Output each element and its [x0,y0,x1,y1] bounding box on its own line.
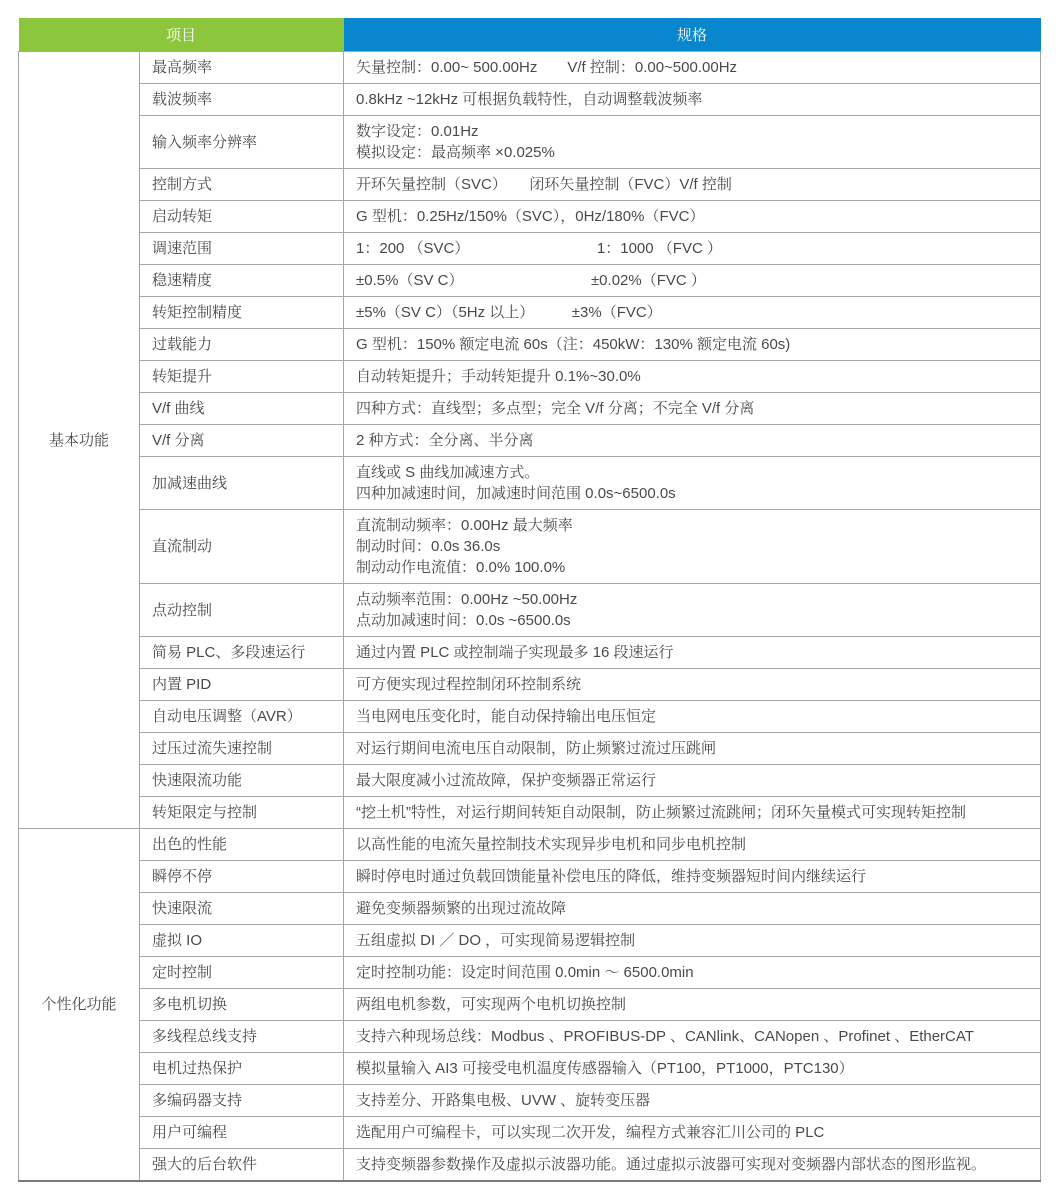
table-row: 稳速精度±0.5%（SV C） ±0.02%（FVC ） [19,265,1041,297]
spec-cell: 最大限度减小过流故障，保护变频器正常运行 [344,765,1041,797]
table-row: 转矩控制精度±5%（SV C）（5Hz 以上） ±3%（FVC） [19,297,1041,329]
item-cell: V/f 分离 [140,425,344,457]
spec-line: 选配用户可编程卡，可以实现二次开发，编程方式兼容汇川公司的 PLC [356,1122,1028,1143]
spec-cell: ±5%（SV C）（5Hz 以上） ±3%（FVC） [344,297,1041,329]
table-row: 控制方式开环矢量控制（SVC） 闭环矢量控制（FVC）V/f 控制 [19,169,1041,201]
spec-cell: 当电网电压变化时，能自动保持输出电压恒定 [344,701,1041,733]
column-header-item: 项目 [19,18,344,52]
spec-cell: 自动转矩提升；手动转矩提升 0.1%~30.0% [344,361,1041,393]
table-row: V/f 分离2 种方式：全分离、半分离 [19,425,1041,457]
spec-cell: 以高性能的电流矢量控制技术实现异步电机和同步电机控制 [344,829,1041,861]
item-cell: 强大的后台软件 [140,1149,344,1182]
item-cell: 瞬停不停 [140,861,344,893]
spec-line: 自动转矩提升；手动转矩提升 0.1%~30.0% [356,366,1028,387]
item-cell: 快速限流 [140,893,344,925]
spec-cell: 选配用户可编程卡，可以实现二次开发，编程方式兼容汇川公司的 PLC [344,1117,1041,1149]
spec-cell: 1：200 （SVC） 1：1000 （FVC ） [344,233,1041,265]
spec-line: 模拟量输入 AI3 可接受电机温度传感器输入（PT100，PT1000，PTC1… [356,1058,1028,1079]
spec-line: 0.8kHz ~12kHz 可根据负载特性，自动调整载波频率 [356,89,1028,110]
table-row: 快速限流避免变频器频繁的出现过流故障 [19,893,1041,925]
table-row: 启动转矩G 型机：0.25Hz/150%（SVC），0Hz/180%（FVC） [19,201,1041,233]
table-row: 过压过流失速控制对运行期间电流电压自动限制，防止频繁过流过压跳闸 [19,733,1041,765]
table-row: 调速范围1：200 （SVC） 1：1000 （FVC ） [19,233,1041,265]
spec-line: 对运行期间电流电压自动限制，防止频繁过流过压跳闸 [356,738,1028,759]
spec-cell: 支持差分、开路集电极、UVW 、旋转变压器 [344,1085,1041,1117]
table-row: 基本功能最高频率矢量控制：0.00~ 500.00Hz V/f 控制：0.00~… [19,52,1041,84]
item-cell: 点动控制 [140,584,344,637]
spec-cell: G 型机：0.25Hz/150%（SVC），0Hz/180%（FVC） [344,201,1041,233]
group-cell: 基本功能 [19,52,140,829]
item-cell: 虚拟 IO [140,925,344,957]
spec-cell: 数字设定：0.01Hz模拟设定：最高频率 ×0.025% [344,116,1041,169]
item-cell: 稳速精度 [140,265,344,297]
spec-line: 四种方式：直线型；多点型；完全 V/f 分离；不完全 V/f 分离 [356,398,1028,419]
spec-cell: 0.8kHz ~12kHz 可根据负载特性，自动调整载波频率 [344,84,1041,116]
spec-cell: 瞬时停电时通过负载回馈能量补偿电压的降低，维持变频器短时间内继续运行 [344,861,1041,893]
spec-cell: 五组虚拟 DI ／ DO ，可实现简易逻辑控制 [344,925,1041,957]
spec-line: 定时控制功能：设定时间范围 0.0min ～ 6500.0min [356,962,1028,983]
spec-line: 制动动作电流值：0.0% 100.0% [356,557,1028,578]
item-cell: 直流制动 [140,510,344,584]
spec-cell: 避免变频器频繁的出现过流故障 [344,893,1041,925]
spec-line: “挖土机”特性，对运行期间转矩自动限制，防止频繁过流跳闸；闭环矢量模式可实现转矩… [356,802,1028,823]
spec-cell: 模拟量输入 AI3 可接受电机温度传感器输入（PT100，PT1000，PTC1… [344,1053,1041,1085]
item-cell: 简易 PLC、多段速运行 [140,637,344,669]
spec-line: 当电网电压变化时，能自动保持输出电压恒定 [356,706,1028,727]
table-row: 个性化功能出色的性能以高性能的电流矢量控制技术实现异步电机和同步电机控制 [19,829,1041,861]
spec-line: 最大限度减小过流故障，保护变频器正常运行 [356,770,1028,791]
table-row: 用户可编程选配用户可编程卡，可以实现二次开发，编程方式兼容汇川公司的 PLC [19,1117,1041,1149]
spec-cell: 支持六种现场总线：Modbus 、PROFIBUS-DP 、CANlink、CA… [344,1021,1041,1053]
spec-line: 开环矢量控制（SVC） 闭环矢量控制（FVC）V/f 控制 [356,174,1028,195]
table-row: 瞬停不停瞬时停电时通过负载回馈能量补偿电压的降低，维持变频器短时间内继续运行 [19,861,1041,893]
table-row: 直流制动直流制动频率：0.00Hz 最大频率制动时间：0.0s 36.0s制动动… [19,510,1041,584]
spec-cell: 点动频率范围：0.00Hz ~50.00Hz点动加减速时间：0.0s ~6500… [344,584,1041,637]
item-cell: 内置 PID [140,669,344,701]
spec-table-header: 项目 规格 [19,18,1041,52]
table-row: 定时控制定时控制功能：设定时间范围 0.0min ～ 6500.0min [19,957,1041,989]
spec-cell: 2 种方式：全分离、半分离 [344,425,1041,457]
table-row: 内置 PID可方便实现过程控制闭环控制系统 [19,669,1041,701]
item-cell: 定时控制 [140,957,344,989]
spec-cell: 通过内置 PLC 或控制端子实现最多 16 段速运行 [344,637,1041,669]
spec-line: 直线或 S 曲线加减速方式。 [356,462,1028,483]
item-cell: 启动转矩 [140,201,344,233]
spec-line: 以高性能的电流矢量控制技术实现异步电机和同步电机控制 [356,834,1028,855]
table-row: 载波频率0.8kHz ~12kHz 可根据负载特性，自动调整载波频率 [19,84,1041,116]
item-cell: 最高频率 [140,52,344,84]
table-row: 转矩限定与控制“挖土机”特性，对运行期间转矩自动限制，防止频繁过流跳闸；闭环矢量… [19,797,1041,829]
table-row: 电机过热保护模拟量输入 AI3 可接受电机温度传感器输入（PT100，PT100… [19,1053,1041,1085]
spec-line: 矢量控制：0.00~ 500.00Hz V/f 控制：0.00~500.00Hz [356,57,1028,78]
item-cell: 过载能力 [140,329,344,361]
item-cell: 快速限流功能 [140,765,344,797]
spec-cell: 对运行期间电流电压自动限制，防止频繁过流过压跳闸 [344,733,1041,765]
item-cell: 电机过热保护 [140,1053,344,1085]
spec-line: 2 种方式：全分离、半分离 [356,430,1028,451]
spec-cell: 直流制动频率：0.00Hz 最大频率制动时间：0.0s 36.0s制动动作电流值… [344,510,1041,584]
spec-cell: 四种方式：直线型；多点型；完全 V/f 分离；不完全 V/f 分离 [344,393,1041,425]
item-cell: 控制方式 [140,169,344,201]
column-header-spec: 规格 [344,18,1041,52]
item-cell: 加减速曲线 [140,457,344,510]
table-row: 多编码器支持支持差分、开路集电极、UVW 、旋转变压器 [19,1085,1041,1117]
spec-line: 五组虚拟 DI ／ DO ，可实现简易逻辑控制 [356,930,1028,951]
table-row: 过载能力G 型机：150% 额定电流 60s（注：450kW：130% 额定电流… [19,329,1041,361]
item-cell: 转矩限定与控制 [140,797,344,829]
item-cell: 过压过流失速控制 [140,733,344,765]
spec-cell: ±0.5%（SV C） ±0.02%（FVC ） [344,265,1041,297]
spec-line: 通过内置 PLC 或控制端子实现最多 16 段速运行 [356,642,1028,663]
spec-line: 两组电机参数，可实现两个电机切换控制 [356,994,1028,1015]
spec-line: 制动时间：0.0s 36.0s [356,536,1028,557]
table-row: 多电机切换两组电机参数，可实现两个电机切换控制 [19,989,1041,1021]
table-row: 简易 PLC、多段速运行通过内置 PLC 或控制端子实现最多 16 段速运行 [19,637,1041,669]
item-cell: 出色的性能 [140,829,344,861]
table-row: 多线程总线支持支持六种现场总线：Modbus 、PROFIBUS-DP 、CAN… [19,1021,1041,1053]
spec-line: ±5%（SV C）（5Hz 以上） ±3%（FVC） [356,302,1028,323]
item-cell: 自动电压调整（AVR） [140,701,344,733]
spec-line: 点动加减速时间：0.0s ~6500.0s [356,610,1028,631]
item-cell: 用户可编程 [140,1117,344,1149]
spec-cell: “挖土机”特性，对运行期间转矩自动限制，防止频繁过流跳闸；闭环矢量模式可实现转矩… [344,797,1041,829]
item-cell: 多电机切换 [140,989,344,1021]
spec-line: 避免变频器频繁的出现过流故障 [356,898,1028,919]
spec-cell: 支持变频器参数操作及虚拟示波器功能。通过虚拟示波器可实现对变频器内部状态的图形监… [344,1149,1041,1182]
table-row: 强大的后台软件支持变频器参数操作及虚拟示波器功能。通过虚拟示波器可实现对变频器内… [19,1149,1041,1182]
spec-line: 点动频率范围：0.00Hz ~50.00Hz [356,589,1028,610]
spec-cell: G 型机：150% 额定电流 60s（注：450kW：130% 额定电流 60s… [344,329,1041,361]
table-row: 虚拟 IO五组虚拟 DI ／ DO ，可实现简易逻辑控制 [19,925,1041,957]
spec-line: 四种加减速时间，加减速时间范围 0.0s~6500.0s [356,483,1028,504]
item-cell: 载波频率 [140,84,344,116]
item-cell: 转矩控制精度 [140,297,344,329]
spec-cell: 直线或 S 曲线加减速方式。四种加减速时间，加减速时间范围 0.0s~6500.… [344,457,1041,510]
spec-line: 支持六种现场总线：Modbus 、PROFIBUS-DP 、CANlink、CA… [356,1026,1028,1047]
spec-line: 可方便实现过程控制闭环控制系统 [356,674,1028,695]
spec-line: 直流制动频率：0.00Hz 最大频率 [356,515,1028,536]
item-cell: V/f 曲线 [140,393,344,425]
table-row: 快速限流功能最大限度减小过流故障，保护变频器正常运行 [19,765,1041,797]
table-row: V/f 曲线四种方式：直线型；多点型；完全 V/f 分离；不完全 V/f 分离 [19,393,1041,425]
spec-line: G 型机：150% 额定电流 60s（注：450kW：130% 额定电流 60s… [356,334,1028,355]
spec-sheet-page: 项目 规格 基本功能最高频率矢量控制：0.00~ 500.00Hz V/f 控制… [0,0,1059,1197]
item-cell: 多编码器支持 [140,1085,344,1117]
spec-cell: 开环矢量控制（SVC） 闭环矢量控制（FVC）V/f 控制 [344,169,1041,201]
spec-cell: 矢量控制：0.00~ 500.00Hz V/f 控制：0.00~500.00Hz [344,52,1041,84]
item-cell: 输入频率分辨率 [140,116,344,169]
spec-line: 模拟设定：最高频率 ×0.025% [356,142,1028,163]
spec-line: 数字设定：0.01Hz [356,121,1028,142]
group-cell: 个性化功能 [19,829,140,1182]
spec-line: 瞬时停电时通过负载回馈能量补偿电压的降低，维持变频器短时间内继续运行 [356,866,1028,887]
spec-cell: 两组电机参数，可实现两个电机切换控制 [344,989,1041,1021]
table-row: 转矩提升自动转矩提升；手动转矩提升 0.1%~30.0% [19,361,1041,393]
item-cell: 转矩提升 [140,361,344,393]
header-row: 项目 规格 [19,18,1041,52]
table-row: 输入频率分辨率数字设定：0.01Hz模拟设定：最高频率 ×0.025% [19,116,1041,169]
spec-line: 1：200 （SVC） 1：1000 （FVC ） [356,238,1028,259]
table-row: 加减速曲线直线或 S 曲线加减速方式。四种加减速时间，加减速时间范围 0.0s~… [19,457,1041,510]
item-cell: 多线程总线支持 [140,1021,344,1053]
spec-table-body: 基本功能最高频率矢量控制：0.00~ 500.00Hz V/f 控制：0.00~… [19,52,1041,1182]
spec-table: 项目 规格 基本功能最高频率矢量控制：0.00~ 500.00Hz V/f 控制… [18,18,1041,1182]
item-cell: 调速范围 [140,233,344,265]
spec-line: ±0.5%（SV C） ±0.02%（FVC ） [356,270,1028,291]
spec-cell: 可方便实现过程控制闭环控制系统 [344,669,1041,701]
spec-cell: 定时控制功能：设定时间范围 0.0min ～ 6500.0min [344,957,1041,989]
spec-line: 支持差分、开路集电极、UVW 、旋转变压器 [356,1090,1028,1111]
table-row: 自动电压调整（AVR）当电网电压变化时，能自动保持输出电压恒定 [19,701,1041,733]
spec-line: G 型机：0.25Hz/150%（SVC），0Hz/180%（FVC） [356,206,1028,227]
spec-line: 支持变频器参数操作及虚拟示波器功能。通过虚拟示波器可实现对变频器内部状态的图形监… [356,1154,1028,1175]
table-row: 点动控制点动频率范围：0.00Hz ~50.00Hz点动加减速时间：0.0s ~… [19,584,1041,637]
